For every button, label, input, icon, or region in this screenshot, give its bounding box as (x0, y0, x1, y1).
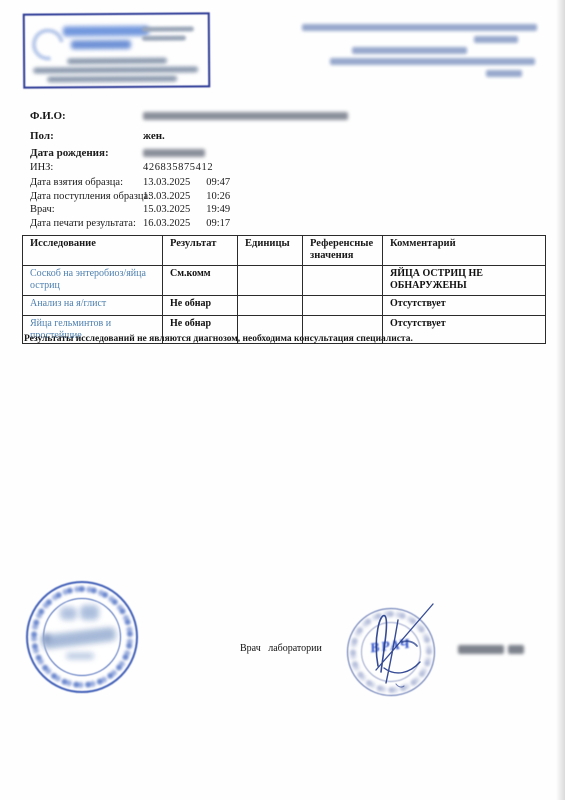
redacted-address-line (352, 47, 467, 54)
doctor-signature-label: Врач лаборатории (240, 643, 322, 654)
field-label: Дата поступления образца: (30, 191, 151, 202)
redacted-address-text-line (47, 76, 177, 83)
redacted-patient-name (143, 110, 348, 122)
test-comment: Отсутствует (383, 296, 546, 316)
lab-result-document: Ф.И.О: Пол: жен. Дата рождения: ИНЗ: 426… (0, 0, 565, 800)
redacted-phone-line (474, 36, 518, 43)
table-row: Соскоб на энтеробиоз/яйца остриц См.комм… (23, 266, 546, 296)
field-label: Пол: (30, 130, 54, 142)
test-units (238, 296, 303, 316)
test-units (238, 266, 303, 296)
test-result: Не обнар (163, 296, 238, 316)
test-comment: ЯЙЦА ОСТРИЦ НЕ ОБНАРУЖЕНЫ (383, 266, 546, 296)
test-result: См.комм (163, 266, 238, 296)
field-label: Врач: (30, 204, 55, 215)
redacted-logo-text-line (63, 26, 149, 37)
round-seal-stamp (26, 581, 138, 693)
redacted-logo-text-line (71, 40, 131, 49)
field-label: Дата взятия образца: (30, 177, 123, 188)
results-table: Исследование Результат Единицы Референсн… (22, 235, 546, 344)
seal-emblem-redacted (80, 605, 99, 620)
patient-field-doctor: Врач: 15.03.202519:49 (30, 204, 360, 218)
redacted-address-text-line (33, 66, 198, 73)
scan-edge-shadow (556, 0, 565, 800)
field-value: 13.03.202510:26 (143, 191, 230, 202)
redacted-doctor-name (458, 645, 524, 654)
table-header-row: Исследование Результат Единицы Референсн… (23, 236, 546, 266)
redacted-header-text-line (142, 26, 194, 31)
field-value: 13.03.202509:47 (143, 177, 230, 188)
field-value: 426835875412 (143, 162, 213, 173)
patient-field-print-date: Дата печати результата: 16.03.202509:17 (30, 218, 360, 232)
patient-field-sample-taken: Дата взятия образца: 13.03.202509:47 (30, 177, 360, 191)
field-label: Дата печати результата: (30, 218, 136, 229)
redacted-birthdate (143, 147, 205, 159)
col-header-test: Исследование (23, 236, 163, 266)
field-value: 16.03.202509:17 (143, 218, 230, 229)
patient-field-fio: Ф.И.О: (30, 110, 360, 130)
col-header-comment: Комментарий (383, 236, 546, 266)
col-header-units: Единицы (238, 236, 303, 266)
field-label: Ф.И.О: (30, 110, 66, 122)
test-name: Соскоб на энтеробиоз/яйца остриц (23, 266, 163, 296)
field-value: жен. (143, 130, 165, 142)
col-header-reference: Референсные значения (303, 236, 383, 266)
disclaimer-note: Результаты исследований не являются диаг… (24, 334, 544, 344)
table-row: Анализ на я/глист Не обнар Отсутствует (23, 296, 546, 316)
col-header-result: Результат (163, 236, 238, 266)
patient-field-sample-received: Дата поступления образца: 13.03.202510:2… (30, 191, 360, 205)
redacted-address-line (330, 58, 535, 65)
redacted-address-text-line (67, 58, 167, 65)
patient-field-birthdate: Дата рождения: (30, 147, 360, 162)
field-label: Дата рождения: (30, 147, 109, 159)
lab-logo-stamp (23, 12, 211, 88)
field-value: 15.03.202519:49 (143, 204, 230, 215)
test-reference (303, 296, 383, 316)
seal-text-redacted (42, 634, 51, 643)
doctor-personal-stamp: ВРАЧ (347, 608, 435, 696)
seal-emblem-redacted (60, 607, 77, 620)
redacted-address-line (302, 24, 537, 31)
patient-info-block: Ф.И.О: Пол: жен. Дата рождения: ИНЗ: 426… (30, 110, 360, 231)
test-reference (303, 266, 383, 296)
redacted-header-text-line (142, 36, 186, 41)
test-name: Анализ на я/глист (23, 296, 163, 316)
redacted-website-line (486, 70, 522, 77)
patient-field-inz: ИНЗ: 426835875412 (30, 162, 360, 177)
patient-field-sex: Пол: жен. (30, 130, 360, 147)
seal-text-redacted (66, 653, 94, 659)
field-label: ИНЗ: (30, 162, 53, 173)
